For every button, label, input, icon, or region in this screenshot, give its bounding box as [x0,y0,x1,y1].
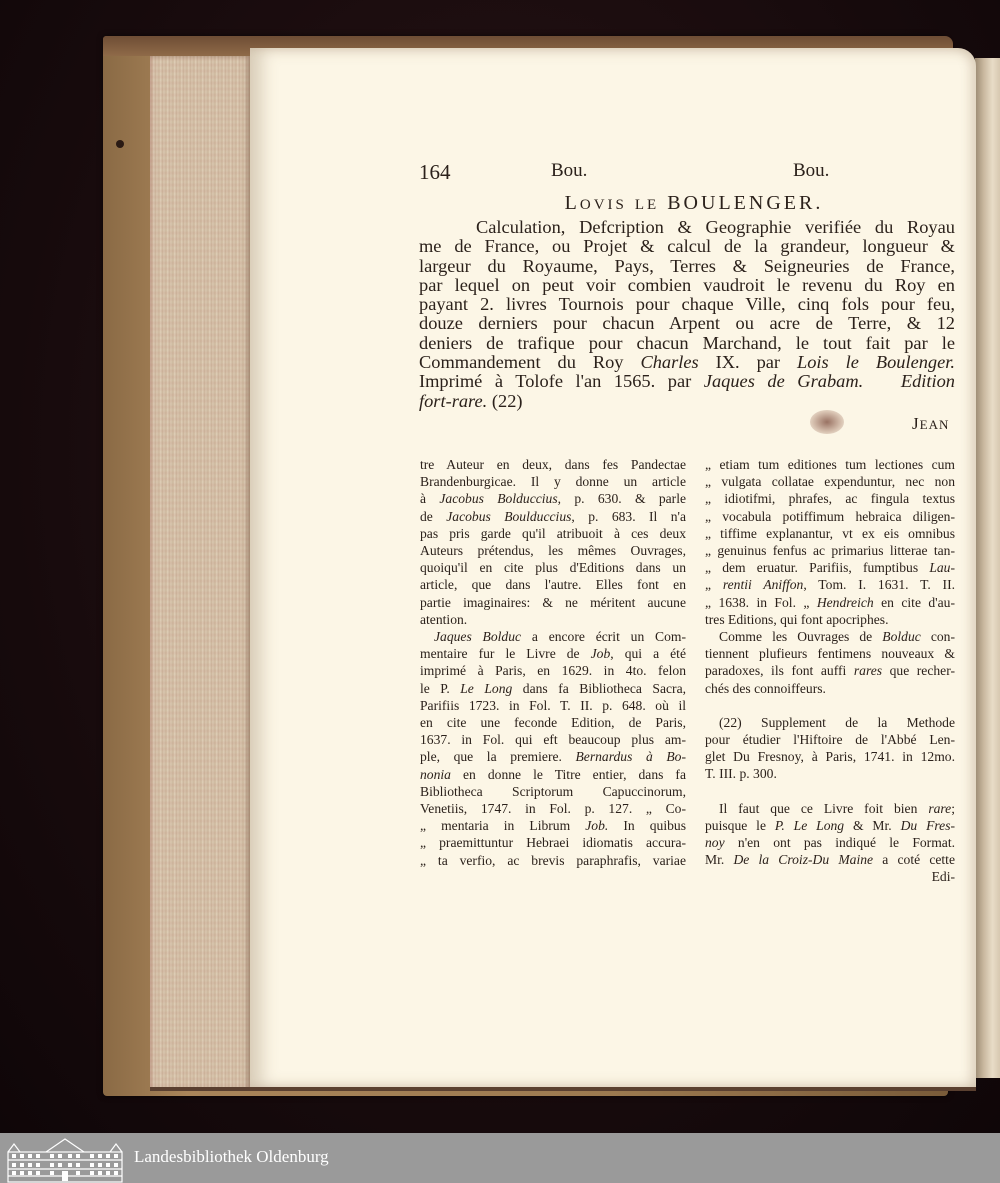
text: pas pris garde qu'il atribuoit à ces deu… [420,526,686,541]
column-line: paradoxes, ils font auffi rares que rech… [705,662,955,679]
text: , p. 630. & parle [558,491,686,506]
text: Brandenburgicae. Il y donne un article [420,474,686,489]
column-line: de Jacobus Boulduccius, p. 683. Il n'a [420,508,686,525]
italic-text: Hendreich [817,595,874,610]
column-line: (22) Supplement de la Methode [705,714,955,731]
entry-line: Commandement du Roy Charles IX. par Lois… [419,353,955,372]
catchword-rest: EAN [920,417,950,432]
text: partie imaginaires: & ne méritent aucune [420,595,686,610]
page-number: 164 [419,160,451,185]
text: ple, que la premiere. [420,749,576,764]
text: , qui a été [610,646,686,661]
text: en donne le Titre entier, dans fa [451,767,686,782]
column-line: mentaire fur le Livre de Job, qui a été [420,645,686,662]
text: Edi- [932,869,955,884]
running-head-right: Bou. [793,160,829,182]
column-line: „ 1638. in Fol. „ Hendreich en cite d'au… [705,594,955,611]
entry-line: me de France, ou Projet & calcul de la g… [419,237,955,256]
column-line: „ rentii Aniffon, Tom. I. 1631. T. II. [705,576,955,593]
footnote-ref: (22) [487,391,522,411]
column-line: tre Auteur en deux, dans fes Pandectae [420,456,686,473]
column-line: partie imaginaires: & ne méritent aucune [420,594,686,611]
entry-line: douze derniers pour chacun Arpent ou acr… [419,314,955,333]
text: pour étudier l'Hiftoire de l'Abbé Len- [705,732,955,747]
text: „ tiffime explanantur, vt ex eis omnibus [705,526,955,541]
text: atention. [420,612,467,627]
column-line: Jaques Bolduc a encore écrit un Com- [420,628,686,645]
column-line: „ vulgata collatae expenduntur, nec non [705,473,955,490]
text: mentaire fur le Livre de [420,646,591,661]
column-line: ple, que la premiere. Bernardus à Bo- [420,748,686,765]
column-line: tiennent plufieurs fentimens nouveaux & [705,645,955,662]
italic-text: fort-rare. [419,391,487,411]
column-line: „ vocabula potiffimum hebraica diligen- [705,508,955,525]
column-line: à Jacobus Bolduccius, p. 630. & parle [420,490,686,507]
text: Imprimé à Tolofe l'an 1565. par [419,371,704,391]
column-line: Il faut que ce Livre foit bien rare; [705,800,955,817]
text: tre Auteur en deux, dans fes Pandectae [420,457,686,472]
column-line: Edi- [705,868,955,885]
text: que recher- [882,663,955,678]
text: a coté cette [873,852,955,867]
running-head-left: Bou. [551,160,587,182]
title-forename-smallcaps: OVIS [580,197,627,213]
text: en cite d'au- [874,595,955,610]
text: tiennent plufieurs fentimens nouveaux & [705,646,955,661]
entry-title: LOVIS LE BOULENGER. [419,192,959,215]
text: article, que dans l'autre. Elles font en [420,577,686,592]
page-edge-right [975,58,1000,1078]
italic-text: Jaques Bolduc [434,629,521,644]
title-particle: LE [635,197,659,213]
column-line: „ genuinus fenfus ac primarius litterae … [705,542,955,559]
column-line: glet Du Fresnoy, à Paris, 1741. in 12mo. [705,748,955,765]
text: , p. 683. Il n'a [571,509,686,524]
entry-line: Imprimé à Tolofe l'an 1565. par Jaques d… [419,372,955,391]
column-line: Mr. De la Croiz-Du Maine a coté cette [705,851,955,868]
column-line: chés des connoiffeurs. [705,680,955,697]
column-line: Brandenburgicae. Il y donne un article [420,473,686,490]
text: „ vulgata collatae expenduntur, nec non [705,474,955,489]
italic-text: Du Fres- [901,818,955,833]
text: imprimé à Paris, en 1629. in 4to. felon [420,663,686,678]
column-line: Bibliotheca Scriptorum Capuccinorum, [420,783,686,800]
column-line: Auteurs prétendus, les mêmes Ouvrages, [420,542,686,559]
text: Parifiis 1723. in Fol. T. II. p. 648. où… [420,698,686,713]
column-line: „ dem eruatur. Parifiis, fumptibus Lau- [705,559,955,576]
column-line: tres Editions, qui font apocriphes. [705,611,955,628]
text: IX. par [699,352,797,372]
text: en cite une feconde Edition, de Paris, [420,715,686,730]
italic-text: Job [591,646,611,661]
running-head: 164 Bou. Bou. [419,160,959,186]
column-line: Comme les Ouvrages de Bolduc con- [705,628,955,645]
italic-text: Lau- [929,560,955,575]
paragraph-gap [705,783,955,800]
ink-stain [810,410,844,434]
entry-line: deniers de trafique pour chacun Marchand… [419,334,955,353]
italic-text: Bolduc [882,629,921,644]
column-line: imprimé à Paris, en 1629. in 4to. felon [420,662,686,679]
column-line: en cite une feconde Edition, de Paris, [420,714,686,731]
text: Venetiis, 1747. in Fol. p. 127. „ Co- [420,801,686,816]
text: a encore écrit un Com- [521,629,686,644]
italic-text: Edition [901,371,955,391]
italic-text: rentii Aniffon [723,577,804,592]
italic-text: nonia [420,767,451,782]
text: de [420,509,446,524]
text: quoiqu'il en cite plus d'Editions dans u… [420,560,686,575]
column-line: „ mentaria in Librum Job. In quibus [420,817,686,834]
column-line: puisque le P. Le Long & Mr. Du Fres- [705,817,955,834]
text: dans fa Bibliotheca Sacra, [512,681,686,696]
italic-text: Jacobus Boulduccius [446,509,571,524]
text: 1637. in Fol. qui eft beaucoup plus am- [420,732,686,747]
text: In quibus [608,818,686,833]
text: „ mentaria in Librum [420,818,585,833]
column-line: 1637. in Fol. qui eft beaucoup plus am- [420,731,686,748]
column-line: noy n'en ont pas indiqué le Format. [705,834,955,851]
text: tres Editions, qui font apocriphes. [705,612,888,627]
italic-name: Jaques de Grabam. [704,371,863,391]
text: ; [951,801,955,816]
text: puisque le [705,818,775,833]
italic-text: Job. [585,818,608,833]
column-line: T. III. p. 300. [705,765,955,782]
italic-text: noy [705,835,725,850]
cover-nail-icon [116,140,124,148]
text: à [420,491,439,506]
column-line: Venetiis, 1747. in Fol. p. 127. „ Co- [420,800,686,817]
italic-name: Lois le Boulenger. [797,352,955,372]
entry-line: par lequel on peut voir combien vaudroit… [419,276,955,295]
page-block-left [150,56,250,1090]
entry-body: Calculation, Defcription & Geographie ve… [419,218,955,411]
text: n'en ont pas indiqué le Format. [725,835,955,850]
title-initial: L [565,192,580,214]
catchword: JEAN [912,414,949,434]
text: & Mr. [844,818,900,833]
column-line: „ ta verfio, ac brevis paraphrafis, vari… [420,852,686,869]
entry-line: payant 2. livres Tournois pour chaque Vi… [419,295,955,314]
text: „ etiam tum editiones tum lectiones cum [705,457,955,472]
text: paradoxes, ils font auffi [705,663,854,678]
left-column: tre Auteur en deux, dans fes PandectaeBr… [420,456,686,869]
italic-text: P. Le Long [775,818,844,833]
library-building-icon [6,1136,124,1183]
footer-bar: Landesbibliothek Oldenburg [0,1133,1000,1183]
text: Il faut que ce Livre foit bien [719,801,928,816]
text: Comme les Ouvrages de [719,629,882,644]
text: „ genuinus fenfus ac primarius litterae … [705,543,955,558]
italic-text: De la Croiz-Du Maine [733,852,873,867]
column-line: „ praemittuntur Hebraei idiomatis accura… [420,834,686,851]
text: le P. [420,681,460,696]
text: chés des connoiffeurs. [705,681,826,696]
text: „ vocabula potiffimum hebraica diligen- [705,509,955,524]
text: (22) Supplement de la Methode [719,715,955,730]
text: „ ta verfio, ac brevis paraphrafis, vari… [420,853,686,868]
column-line: article, que dans l'autre. Elles font en [420,576,686,593]
text: , Tom. I. 1631. T. II. [803,577,955,592]
text: glet Du Fresnoy, à Paris, 1741. in 12mo. [705,749,955,764]
text: Bibliotheca Scriptorum Capuccinorum, [420,784,686,799]
page-bottom-edge [150,1087,976,1091]
column-line: pour étudier l'Hiftoire de l'Abbé Len- [705,731,955,748]
column-line: quoiqu'il en cite plus d'Editions dans u… [420,559,686,576]
italic-text: rares [854,663,882,678]
paragraph-gap [705,697,955,714]
italic-text: Bernardus à Bo- [576,749,687,764]
column-line: pas pris garde qu'il atribuoit à ces deu… [420,525,686,542]
italic-name: Charles [640,352,698,372]
text: Auteurs prétendus, les mêmes Ouvrages, [420,543,686,558]
entry-line: fort-rare. (22) [419,392,955,411]
column-line: nonia en donne le Titre entier, dans fa [420,766,686,783]
column-line: „ tiffime explanantur, vt ex eis omnibus [705,525,955,542]
column-line: „ idiotifmi, phrafes, ac fingula textus [705,490,955,507]
text: T. III. p. 300. [705,766,777,781]
italic-text: Le Long [460,681,512,696]
column-line: „ etiam tum editiones tum lectiones cum [705,456,955,473]
italic-text: Jacobus Bolduccius [439,491,557,506]
text: „ idiotifmi, phrafes, ac fingula textus [705,491,955,506]
title-surname: BOULENGER. [667,192,823,214]
library-name: Landesbibliothek Oldenburg [134,1147,329,1167]
catchword-initial: J [912,414,920,433]
text: Commandement du Roy [419,352,640,372]
text: con- [921,629,955,644]
entry-line: Calculation, Defcription & Geographie ve… [419,218,955,237]
text: „ 1638. in Fol. „ [705,595,817,610]
text: „ dem eruatur. Parifiis, fumptibus [705,560,929,575]
column-line: atention. [420,611,686,628]
italic-text: rare [928,801,951,816]
text: „ [705,577,723,592]
right-column: „ etiam tum editiones tum lectiones cum„… [705,456,955,886]
column-line: Parifiis 1723. in Fol. T. II. p. 648. où… [420,697,686,714]
entry-line: largeur du Royaume, Pays, Terres & Seign… [419,257,955,276]
column-line: le P. Le Long dans fa Bibliotheca Sacra, [420,680,686,697]
text: „ praemittuntur Hebraei idiomatis accura… [420,835,686,850]
text: Mr. [705,852,733,867]
